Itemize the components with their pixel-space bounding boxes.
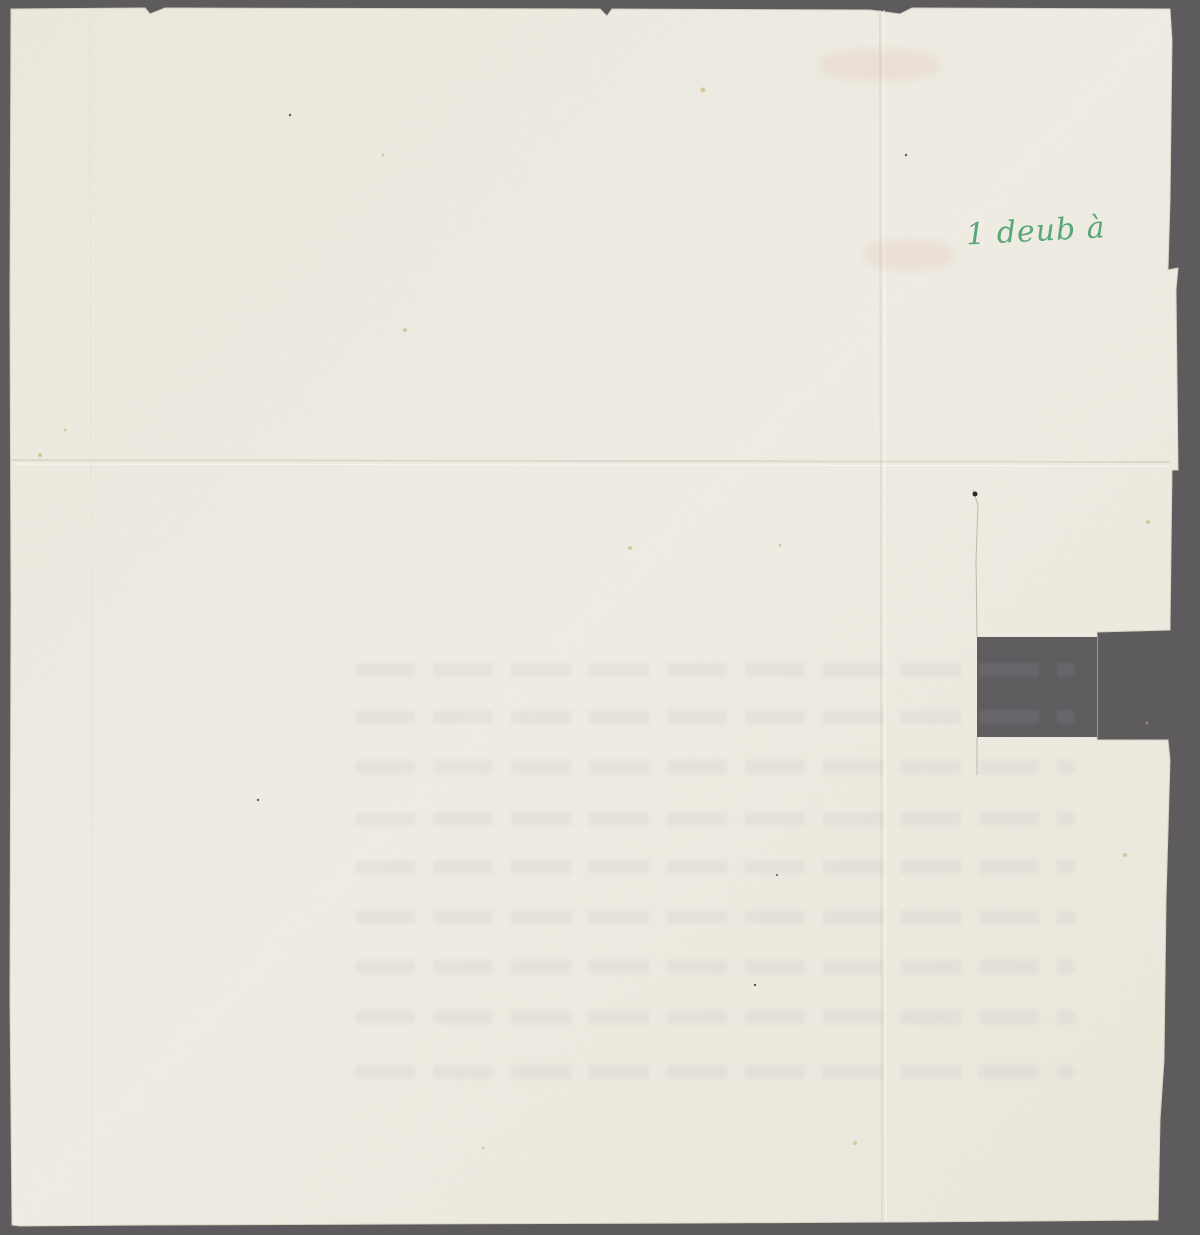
bleed-through-line [355,1010,1075,1024]
bleed-through-line [355,960,1075,974]
bleed-through-line [355,910,1075,924]
bleed-through-line [355,760,1075,774]
bleed-through-line [355,1065,1075,1079]
red-bleed-mark [865,240,955,270]
scanned-document: 1 deub à [0,0,1200,1235]
paper-sheet [0,0,1200,1235]
bleed-through-line [355,663,1075,677]
bleed-through-line [355,812,1075,826]
bleed-through-line [355,860,1075,874]
bleed-through-line [355,710,1075,724]
paper-shape [0,0,1200,1235]
red-bleed-mark [820,50,940,80]
